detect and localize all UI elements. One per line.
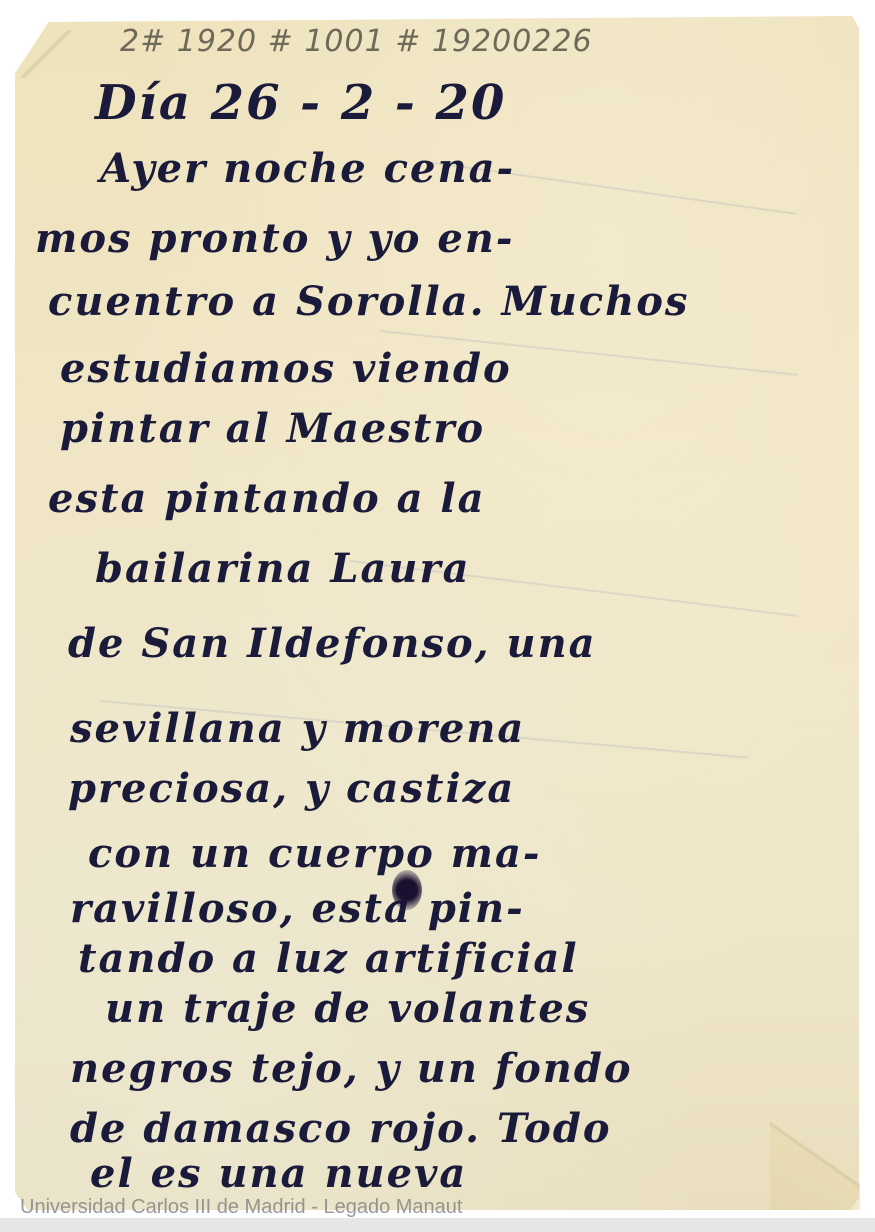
handwritten-line: cuentro a Sorolla. Muchos [48,278,689,325]
date-line: Día 26 - 2 - 20 [95,75,506,131]
handwritten-line: esta pintando a la [48,475,486,522]
handwritten-line: sevillana y morena [70,705,525,752]
handwritten-line: el es una nueva [90,1150,467,1197]
handwritten-line: ravilloso, esta pin- [70,885,525,932]
fold-crease [770,1100,860,1210]
handwritten-line: estudiamos viendo [60,345,512,392]
handwritten-line: pintar al Maestro [60,405,485,452]
archive-number: 2# 1920 # 1001 # 19200226 [120,24,593,59]
watermark: Universidad Carlos III de Madrid - Legad… [20,1196,462,1219]
handwritten-line: tando a luz artificial [78,935,579,982]
handwritten-line: de San Ildefonso, una [68,620,597,667]
handwritten-line: bailarina Laura [95,545,471,592]
handwritten-line: preciosa, y castiza [68,765,515,812]
folded-corner [15,30,75,78]
handwritten-line: de damasco rojo. Todo [70,1105,612,1152]
handwritten-line: mos pronto y yo en- [35,215,514,262]
bottom-bar [0,1218,875,1232]
ink-blot [392,870,422,910]
handwritten-line: Ayer noche cena- [100,145,515,192]
handwritten-line: un traje de volantes [105,985,590,1032]
handwritten-line: con un cuerpo ma- [88,830,542,877]
handwritten-line: negros tejo, y un fondo [70,1045,633,1092]
